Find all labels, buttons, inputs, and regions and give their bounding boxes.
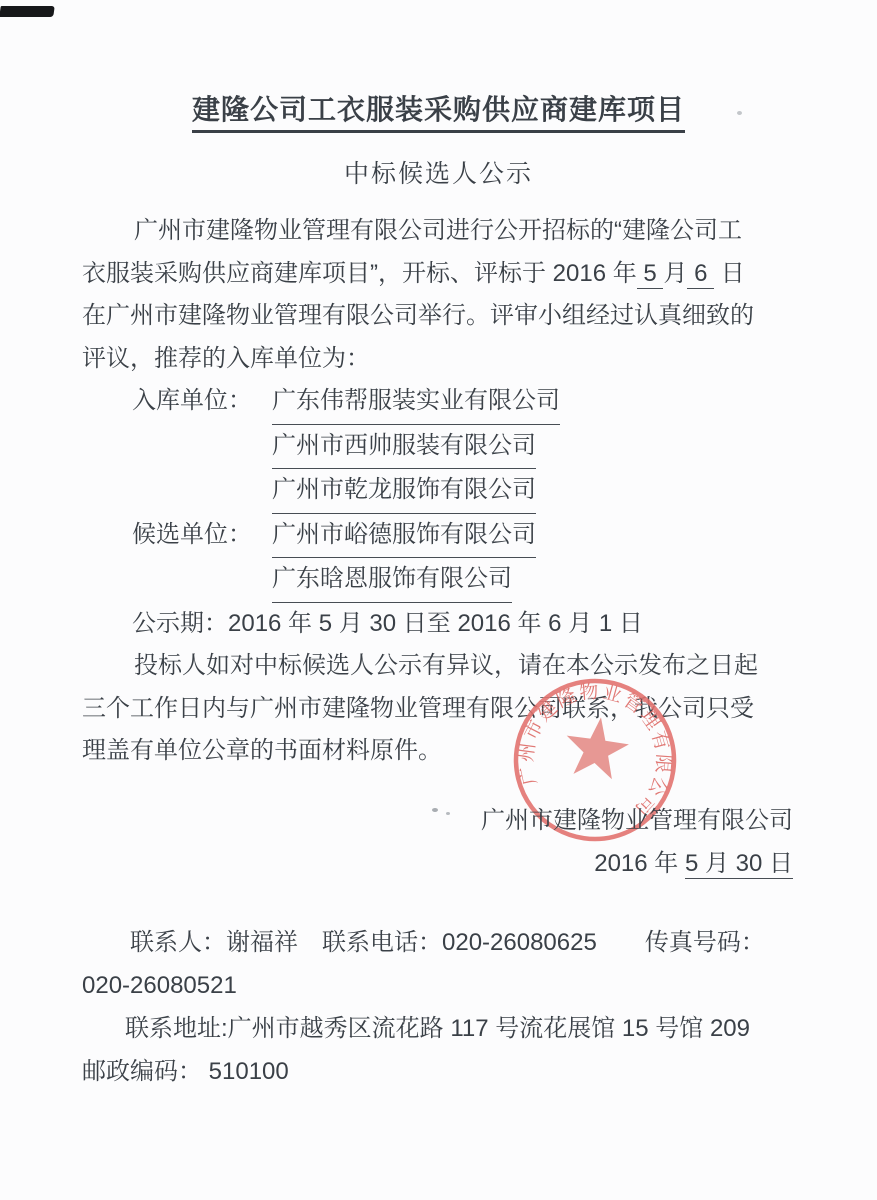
candidates-label: 候选单位：: [132, 514, 272, 559]
contact-block: 联系人：谢福祥 联系电话：020-26080625 传真号码： 020-2608…: [82, 921, 795, 1093]
signature-date-underlined: 5 月 30 日: [685, 850, 793, 879]
scanned-document-page: 建隆公司工衣服装采购供应商建库项目 中标候选人公示 广州市建隆物业管理有限公司进…: [0, 0, 877, 1200]
winner-company-1: 广东伟帮服装实业有限公司: [272, 380, 560, 425]
postal-code: 邮政编码： 510100: [82, 1050, 795, 1093]
candidate-company-1: 广州市峪德服饰有限公司: [272, 514, 536, 559]
candidate-list-row: 候选单位： 广州市峪德服饰有限公司: [132, 514, 795, 559]
contact-address: 联系地址:广州市越秀区流花路 117 号流花展馆 15 号馆 209: [82, 1007, 795, 1050]
paragraph1-line3: 在广州市建隆物业管理有限公司举行。评审小组经过认真细致的: [82, 295, 795, 338]
winners-label-spacer: [132, 469, 272, 514]
bid-opening-day-underlined: 6: [687, 260, 714, 289]
paragraph1-line2-day-char: 日: [714, 260, 745, 287]
paragraph1-line4: 评议，推荐的入库单位为：: [82, 338, 795, 381]
winner-list-row: 广州市乾龙服饰有限公司: [132, 469, 795, 514]
signature-date: 2016 年 5 月 30 日: [0, 842, 793, 885]
candidates-label-spacer: [132, 558, 272, 603]
paragraph1-line2: 衣服装采购供应商建库项目”，开标、评标于 2016 年 5 月 6 日: [82, 253, 795, 296]
scan-artifact-speck: [737, 111, 742, 115]
winner-list-row: 广州市西帅服装有限公司: [132, 425, 795, 470]
document-title-text: 建隆公司工衣服装采购供应商建库项目: [192, 94, 685, 133]
winner-company-2: 广州市西帅服装有限公司: [272, 425, 536, 470]
signature-date-year: 2016 年: [594, 850, 685, 877]
winner-company-3: 广州市乾龙服饰有限公司: [272, 469, 536, 514]
paragraph2-line1: 投标人如对中标候选人公示有异议，请在本公示发布之日起: [82, 645, 795, 688]
bid-opening-month-underlined: 5: [637, 260, 664, 289]
document-body: 广州市建隆物业管理有限公司进行公开招标的“建隆公司工 衣服装采购供应商建库项目”…: [82, 210, 795, 773]
signature-block: 广州市建隆物业管理有限公司 2016 年 5 月 30 日: [0, 799, 877, 885]
paragraph1-line1: 广州市建隆物业管理有限公司进行公开招标的“建隆公司工: [82, 210, 795, 253]
fax-number: 020-26080521: [82, 964, 795, 1007]
contact-person-and-phone: 联系人：谢福祥 联系电话：020-26080625 传真号码：: [82, 921, 795, 964]
scan-artifact-corner-mark: [0, 6, 55, 17]
paragraph1-line2-month-char: 月: [663, 260, 687, 287]
publicity-period: 公示期：2016 年 5 月 30 日至 2016 年 6 月 1 日: [132, 603, 795, 646]
paragraph2-line2: 三个工作日内与广州市建隆物业管理有限公司联系，我公司只受: [82, 688, 795, 731]
paragraph2-line3: 理盖有单位公章的书面材料原件。: [82, 730, 795, 773]
winner-list-row: 入库单位： 广东伟帮服装实业有限公司: [132, 380, 795, 425]
candidate-list-row: 广东晗恩服饰有限公司: [132, 558, 795, 603]
signature-company: 广州市建隆物业管理有限公司: [0, 799, 793, 842]
document-subtitle: 中标候选人公示: [0, 154, 877, 190]
document-title: 建隆公司工衣服装采购供应商建库项目: [0, 88, 877, 128]
candidate-company-2: 广东晗恩服饰有限公司: [272, 558, 512, 603]
paragraph1-line2-text: 衣服装采购供应商建库项目”，开标、评标于 2016 年: [82, 260, 637, 287]
winners-label: 入库单位：: [132, 380, 272, 425]
winners-label-spacer: [132, 425, 272, 470]
